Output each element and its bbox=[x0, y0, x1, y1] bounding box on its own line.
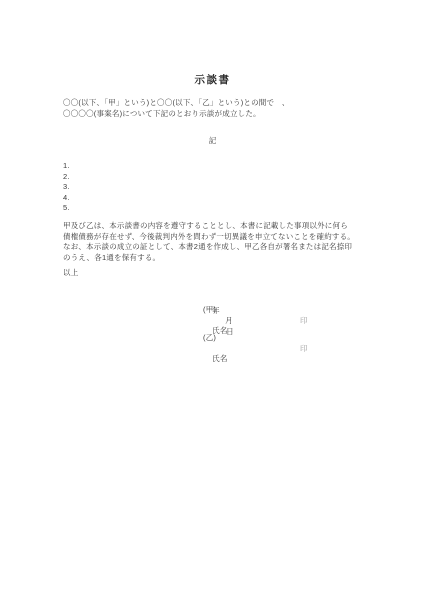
settlement-document-page: 示談書 〇〇(以下、「甲」という)と〇〇(以下、「乙」という)との間で 、 〇〇… bbox=[0, 0, 425, 600]
list-item-2: 2. bbox=[63, 172, 70, 183]
party-b-name-row: 氏名 印 bbox=[203, 344, 328, 386]
intro-line-2: 〇〇〇〇(事案名)について下記のとおり示談が成立した。 bbox=[63, 109, 290, 120]
list-item-1: 1. bbox=[63, 161, 70, 172]
party-b-name-label: 氏名 bbox=[212, 354, 227, 363]
ki-heading: 記 bbox=[0, 136, 425, 147]
ijou-label: 以上 bbox=[63, 268, 78, 279]
party-b-seal-mark: 印 bbox=[300, 344, 308, 355]
closing-line-1: 甲及び乙は、本示談書の内容を遵守することとし、本書に記載した事項以外に何ら bbox=[63, 221, 355, 232]
party-b-label: (乙) bbox=[203, 333, 328, 344]
party-a-label: (甲) bbox=[203, 305, 328, 316]
intro-line-1: 〇〇(以下、「甲」という)と〇〇(以下、「乙」という)との間で 、 bbox=[63, 98, 290, 109]
closing-line-2: 債権債務が存在せず、今後裁判内外を問わず一切異議を申立てないことを確約する。 bbox=[63, 232, 355, 243]
list-item-5: 5. bbox=[63, 203, 70, 214]
intro-paragraph: 〇〇(以下、「甲」という)と〇〇(以下、「乙」という)との間で 、 〇〇〇〇(事… bbox=[63, 98, 290, 119]
closing-line-3: なお、本示談の成立の証として、本書2通を作成し、甲乙各自が署名または記名捺印 bbox=[63, 242, 355, 253]
document-title: 示談書 bbox=[0, 72, 425, 87]
list-item-3: 3. bbox=[63, 182, 70, 193]
numbered-list: 1. 2. 3. 4. 5. bbox=[63, 161, 70, 214]
list-item-4: 4. bbox=[63, 193, 70, 204]
closing-paragraph: 甲及び乙は、本示談書の内容を遵守することとし、本書に記載した事項以外に何ら 債権… bbox=[63, 221, 355, 263]
closing-line-4: のうえ、各1通を保有する。 bbox=[63, 253, 355, 264]
party-a-seal-mark: 印 bbox=[300, 316, 308, 327]
